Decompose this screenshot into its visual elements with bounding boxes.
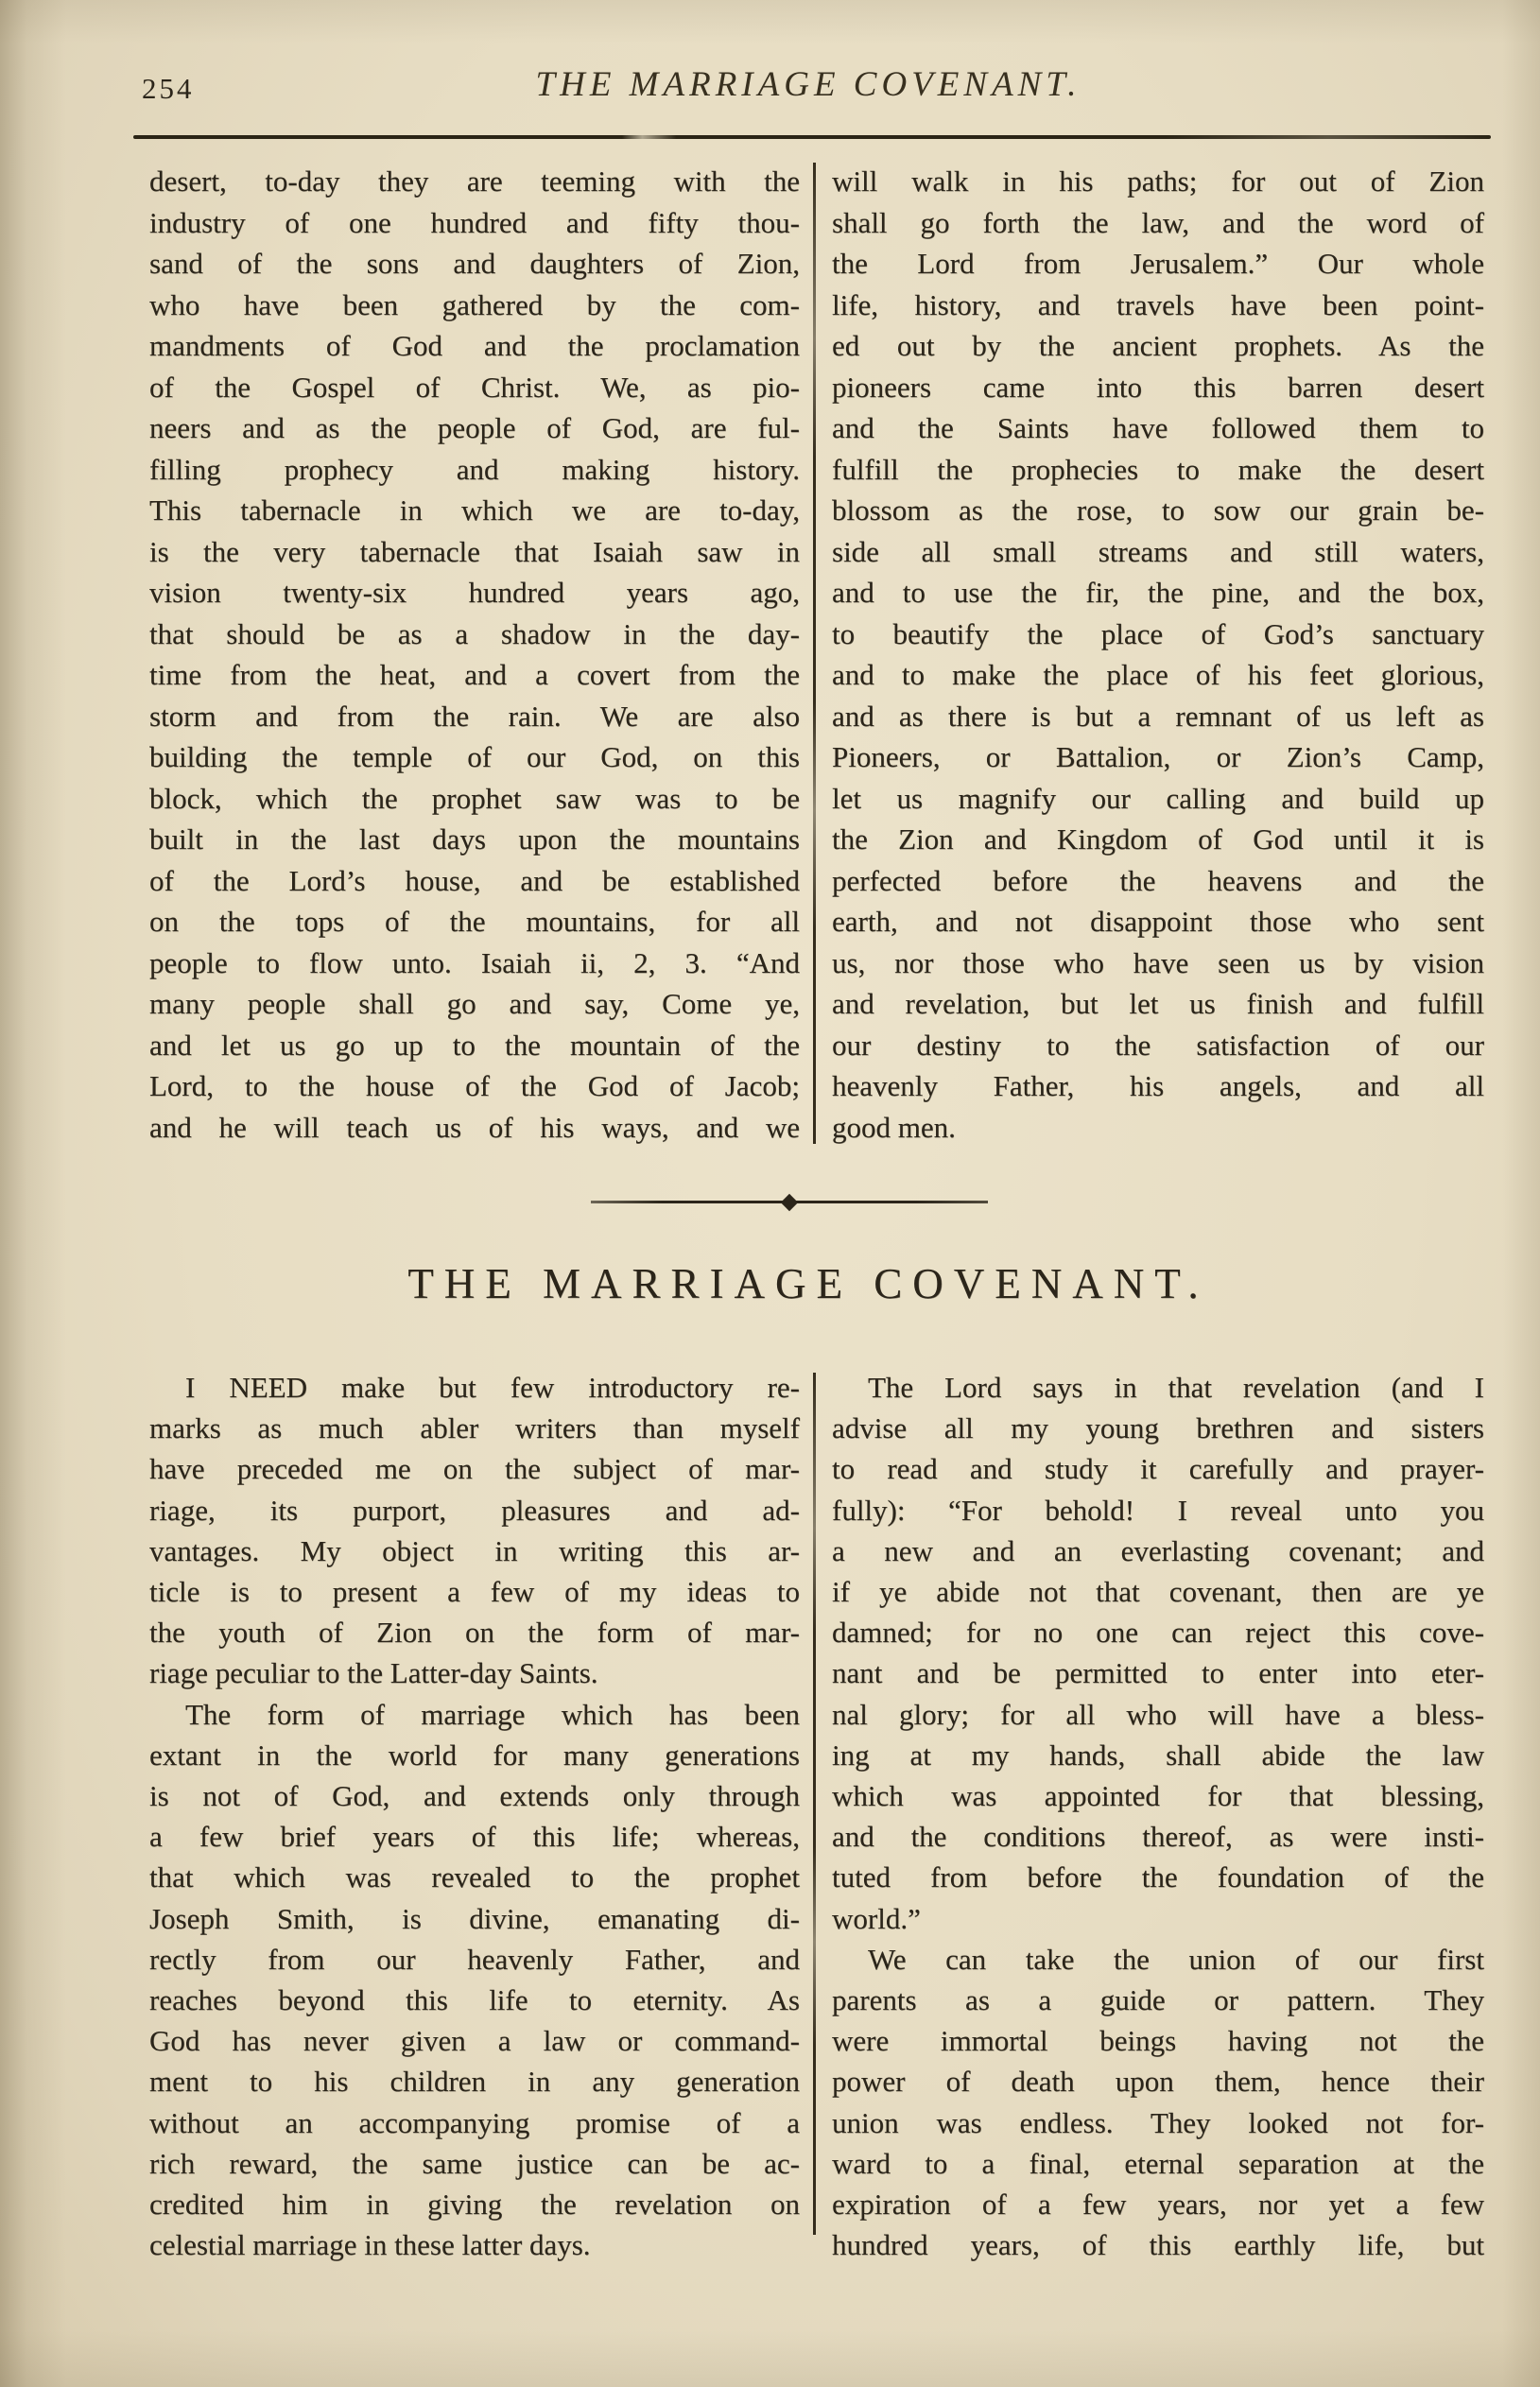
text-line: to read and study it carefully and praye… [832,1448,1484,1489]
text-line: advise all my young brethren and sisters [832,1408,1484,1448]
text-line: us, nor those who have seen us by vision [832,943,1484,984]
text-line: life, history, and travels have been poi… [832,285,1484,326]
text-line: ticle is to present a few of my ideas to [149,1571,800,1612]
text-line: celestial marriage in these latter days. [149,2224,800,2265]
text-line: industry of one hundred and fifty thou- [149,202,800,244]
text-line: tuted from before the foundation of the [832,1857,1484,1897]
text-line: This tabernacle in which we are to-day, [149,490,800,531]
text-line: many people shall go and say, Come ye, [149,983,800,1025]
book-page: 254 THE MARRIAGE COVENANT. desert, to-da… [0,0,1540,2387]
text-line: and the Saints have followed them to [832,407,1484,449]
text-line: and to make the place of his feet glorio… [832,654,1484,696]
text-line: block, which the prophet saw was to be [149,778,800,820]
text-line: desert, to-day they are teeming with the [149,161,800,202]
text-line: The form of marriage which has been [149,1694,800,1735]
text-line: damned; for no one can reject this cove- [832,1612,1484,1652]
text-line: side all small streams and still waters, [832,531,1484,573]
running-title: THE MARRIAGE COVENANT. [132,64,1484,105]
text-line: mandments of God and the proclamation [149,325,800,367]
article-title: THE MARRIAGE COVENANT. [132,1259,1484,1308]
text-line: reaches beyond this life to eternity. As [149,1980,800,2020]
text-line: Pioneers, or Battalion, or Zion’s Camp, [832,736,1484,778]
text-line: parents as a guide or pattern. They [832,1980,1484,2020]
text-line: Joseph Smith, is divine, emanating di- [149,1898,800,1939]
text-line: credited him in giving the revelation on [149,2184,800,2224]
text-line: rectly from our heavenly Father, and [149,1939,800,1980]
text-line: God has never given a law or command- [149,2020,800,2061]
text-line: the youth of Zion on the form of mar- [149,1612,800,1652]
text-line: filling prophecy and making history. [149,449,800,491]
text-line: Lord, to the house of the God of Jacob; [149,1065,800,1107]
text-line: ing at my hands, shall abide the law [832,1735,1484,1775]
text-line: if ye abide not that covenant, then are … [832,1571,1484,1612]
section1-left-column: desert, to-day they are teeming with the… [149,161,800,1148]
text-line: vantages. My object in writing this ar- [149,1531,800,1571]
text-line: We can take the union of our first [832,1939,1484,1980]
text-line: and the conditions thereof, as were inst… [832,1816,1484,1857]
text-line: good men. [832,1107,1484,1149]
text-line: world.” [832,1898,1484,1939]
text-line: who have been gathered by the com- [149,285,800,326]
text-line: and to use the fir, the pine, and the bo… [832,572,1484,614]
text-line: fully): “For behold! I reveal unto you [832,1490,1484,1531]
article-end-section: desert, to-day they are teeming with the… [149,161,1484,1148]
text-line: and as there is but a remnant of us left… [832,696,1484,737]
text-line: a new and an everlasting covenant; and [832,1531,1484,1571]
text-line: power of death upon them, hence their [832,2061,1484,2102]
text-line: expiration of a few years, nor yet a few [832,2184,1484,2224]
text-line: ward to a final, eternal separation at t… [832,2143,1484,2184]
text-line: fulfill the prophecies to make the deser… [832,449,1484,491]
text-line: extant in the world for many generations [149,1735,800,1775]
text-line: and he will teach us of his ways, and we [149,1107,800,1149]
column-divider-rule [813,1373,816,2235]
column-divider-rule [813,163,816,1144]
text-line: building the temple of our God, on this [149,736,800,778]
header-rule [133,135,1491,139]
text-line: riage peculiar to the Latter-day Saints. [149,1652,800,1693]
text-line: sand of the sons and daughters of Zion, [149,243,800,285]
text-line: time from the heat, and a covert from th… [149,654,800,696]
text-line: which was appointed for that blessing, [832,1775,1484,1816]
text-line: heavenly Father, his angels, and all [832,1065,1484,1107]
text-line: of the Gospel of Christ. We, as pio- [149,367,800,408]
text-line: people to flow unto. Isaiah ii, 2, 3. “A… [149,943,800,984]
text-line: is the very tabernacle that Isaiah saw i… [149,531,800,573]
text-line: is not of God, and extends only through [149,1775,800,1816]
text-line: of the Lord’s house, and be established [149,860,800,902]
text-line: built in the last days upon the mountain… [149,819,800,860]
section2-right-column: The Lord says in that revelation (and Ia… [832,1367,1484,2265]
section2-left-column: I NEED make but few introductory re-mark… [149,1367,800,2265]
section-divider-ornament [591,1201,988,1203]
text-line: blossom as the rose, to sow our grain be… [832,490,1484,531]
text-line: neers and as the people of God, are ful- [149,407,800,449]
text-line: perfected before the heavens and the [832,860,1484,902]
marriage-covenant-section: I NEED make but few introductory re-mark… [149,1367,1484,2265]
text-line: that which was revealed to the prophet [149,1857,800,1897]
text-line: were immortal beings having not the [832,2020,1484,2061]
text-line: shall go forth the law, and the word of [832,202,1484,244]
text-line: pioneers came into this barren desert [832,367,1484,408]
text-line: marks as much abler writers than myself [149,1408,800,1448]
text-line: a few brief years of this life; whereas, [149,1816,800,1857]
text-line: union was endless. They looked not for- [832,2102,1484,2143]
text-line: earth, and not disappoint those who sent [832,901,1484,943]
text-line: nal glory; for all who will have a bless… [832,1694,1484,1735]
text-line: vision twenty-six hundred years ago, [149,572,800,614]
text-line: and revelation, but let us finish and fu… [832,983,1484,1025]
text-line: I NEED make but few introductory re- [149,1367,800,1408]
section1-right-column: will walk in his paths; for out of Zions… [832,161,1484,1148]
text-line: rich reward, the same justice can be ac- [149,2143,800,2184]
text-line: ed out by the ancient prophets. As the [832,325,1484,367]
text-line: the Lord from Jerusalem.” Our whole [832,243,1484,285]
text-line: on the tops of the mountains, for all [149,901,800,943]
text-line: that should be as a shadow in the day- [149,614,800,655]
text-line: will walk in his paths; for out of Zion [832,161,1484,202]
text-line: ment to his children in any generation [149,2061,800,2102]
diamond-ornament-icon [781,1193,798,1210]
text-line: hundred years, of this earthly life, but [832,2224,1484,2265]
text-line: to beautify the place of God’s sanctuary [832,614,1484,655]
text-line: The Lord says in that revelation (and I [832,1367,1484,1408]
text-line: storm and from the rain. We are also [149,696,800,737]
text-line: have preceded me on the subject of mar- [149,1448,800,1489]
text-line: riage, its purport, pleasures and ad- [149,1490,800,1531]
text-line: nant and be permitted to enter into eter… [832,1652,1484,1693]
text-line: let us magnify our calling and build up [832,778,1484,820]
text-line: the Zion and Kingdom of God until it is [832,819,1484,860]
text-line: our destiny to the satisfaction of our [832,1025,1484,1066]
text-line: without an accompanying promise of a [149,2102,800,2143]
text-line: and let us go up to the mountain of the [149,1025,800,1066]
